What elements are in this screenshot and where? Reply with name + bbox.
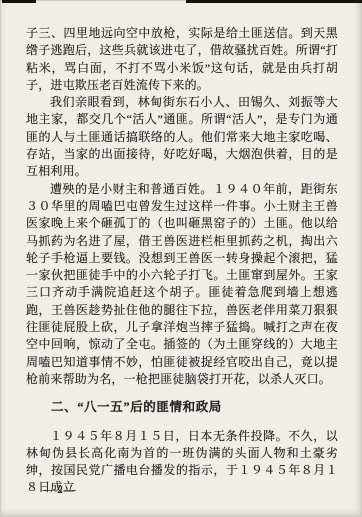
page-text-column: 子三、四里地远向空中放枪，实际是给土匪送信。到天黑绺子逃跑后，这些兵就该进屯了，…	[26, 25, 338, 497]
paragraph-story: 遭殃的是小财主和普通百姓。１９４０年前，距街东３０华里的周嗑巴屯曾发生过这样一件…	[26, 181, 338, 389]
paragraph-eyewitness: 我们亲眼看到，林甸街东石小人、田锡久、刘振等大地主家，都交几个“活人”通匪。所谓…	[26, 94, 338, 180]
scan-artifact-top-right	[186, 0, 362, 3]
section-heading: 二、“八一五”后的匪情和政局	[26, 399, 338, 416]
scanned-book-page: 子三、四里地远向空中放枪，实际是给土匪送信。到天黑绺子逃跑后，这些兵就该进屯了，…	[0, 0, 362, 517]
scan-artifact-top-left	[2, 0, 36, 3]
page-number: —2—	[44, 482, 77, 497]
paragraph-continuation: 子三、四里地远向空中放枪，实际是给土匪送信。到天黑绺子逃跑后，这些兵就该进屯了，…	[26, 25, 338, 94]
